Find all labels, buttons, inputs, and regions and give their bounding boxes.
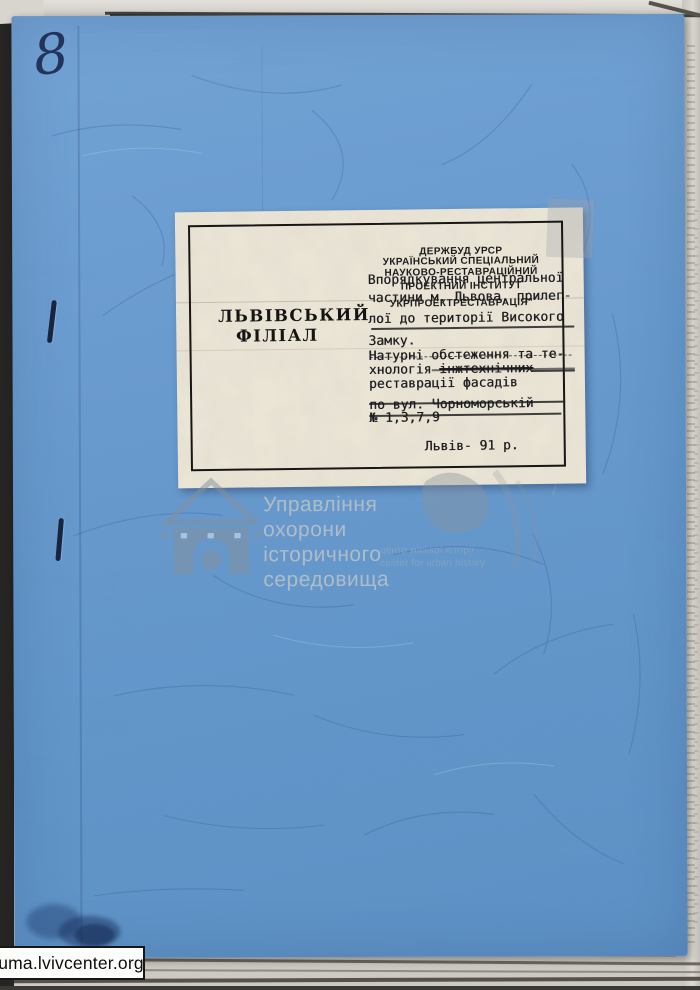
typed-line-2: частини м. Львова, прилег- — [368, 289, 572, 306]
heritage-building-icon — [161, 477, 261, 581]
title-label: ЛЬВІВСЬКИЙ ФІЛІАЛ ДЕРЖБУД УРСР УКРАЇНСЬК… — [175, 207, 586, 488]
branch-line-2: ФІЛІАЛ — [218, 325, 336, 346]
typed-line-9: № 1,3,7,9 — [369, 410, 440, 426]
bottom-edge-shadow — [0, 986, 700, 990]
archive-credit-text: uma.lvivcenter.org — [0, 953, 144, 974]
typed-line-3: лої до території Високого — [368, 310, 564, 327]
blue-folder-cover: 8 ЛЬВІВСЬКИЙ ФІЛІАЛ ДЕР — [11, 14, 687, 958]
branch-name: ЛЬВІВСЬКИЙ ФІЛІАЛ — [218, 305, 336, 346]
watermark-line-1: Управління — [263, 492, 389, 517]
handwritten-page-number: 8 — [30, 20, 72, 87]
urban-history-watermark-text: центр міської історії center for urban h… — [380, 544, 485, 570]
place-and-year: Львів- 91 р. — [425, 438, 519, 454]
heritage-watermark-text: Управління охорони історичного середовищ… — [263, 492, 389, 592]
archive-credit-badge: uma.lvivcenter.org — [0, 946, 145, 980]
page-edge-print-marks — [694, 210, 698, 930]
typed-line-4: Замку. — [368, 333, 415, 349]
watermark-line-2: охорони — [263, 517, 389, 542]
archive-scan: 8 ЛЬВІВСЬКИЙ ФІЛІАЛ ДЕР — [0, 0, 700, 990]
watermark-small-line-2: center for urban history — [380, 557, 485, 570]
typed-line-7: реставрації фасадів — [369, 375, 518, 392]
watermark-small-line-1: центр міської історії — [380, 544, 485, 557]
typed-line-1: Впорядкування центральної — [368, 271, 564, 288]
watermark-line-3: історичного — [263, 542, 389, 567]
branch-line-1: ЛЬВІВСЬКИЙ — [218, 305, 336, 326]
watermark-line-4: середовища — [263, 567, 389, 592]
